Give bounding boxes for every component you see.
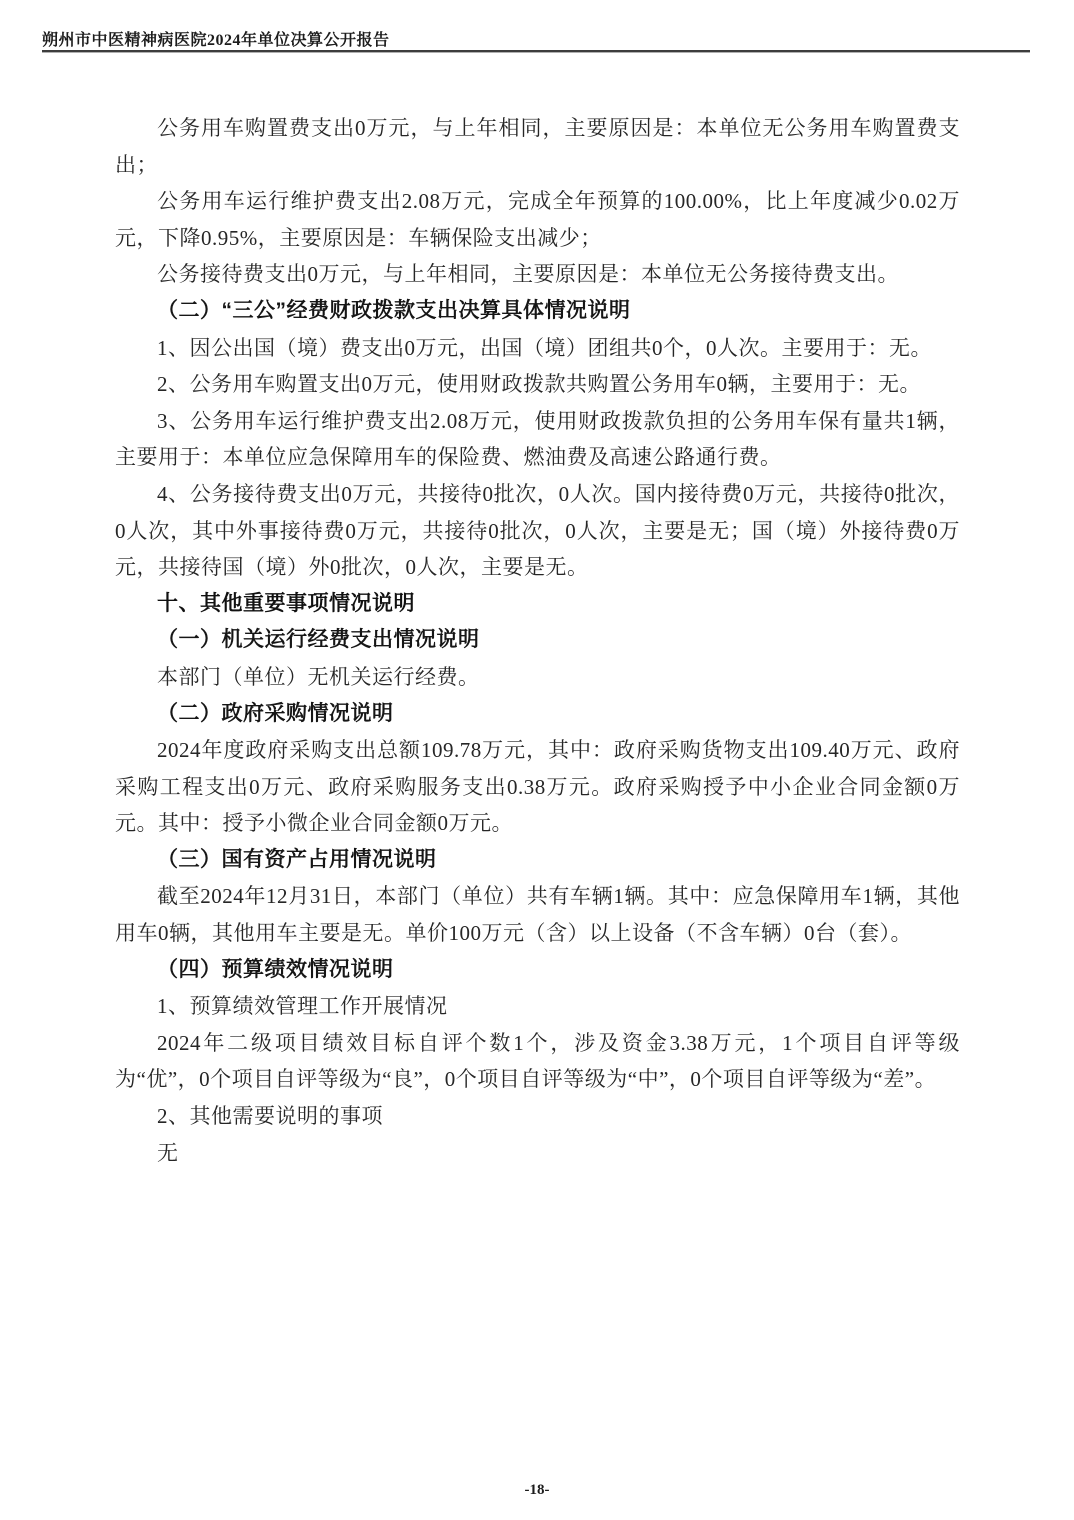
section-heading: （四）预算绩效情况说明 [115,952,960,989]
paragraph: 公务用车运行维护费支出2.08万元，完成全年预算的100.00%，比上年度减少0… [115,183,960,256]
page-header-title: 朔州市中医精神病医院2024年单位决算公开报告 [42,27,390,50]
document-body: 公务用车购置费支出0万元，与上年相同，主要原因是：本单位无公务用车购置费支出； … [115,110,960,1171]
section-heading: （一）机关运行经费支出情况说明 [115,622,960,659]
chapter-heading: 十、其他重要事项情况说明 [115,586,960,623]
paragraph: 2024年二级项目绩效目标自评个数1个，涉及资金3.38万元，1个项目自评等级为… [115,1025,960,1098]
paragraph: 公务接待费支出0万元，与上年相同，主要原因是：本单位无公务接待费支出。 [115,256,960,293]
paragraph: 2、其他需要说明的事项 [115,1098,960,1135]
paragraph: 1、预算绩效管理工作开展情况 [115,988,960,1025]
paragraph: 2、公务用车购置支出0万元，使用财政拨款共购置公务用车0辆，主要用于：无。 [115,366,960,403]
section-heading: （二）“三公”经费财政拨款支出决算具体情况说明 [115,293,960,330]
page-number: -18- [0,1482,1074,1499]
paragraph: 2024年度政府采购支出总额109.78万元，其中：政府采购货物支出109.40… [115,732,960,842]
paragraph: 公务用车购置费支出0万元，与上年相同，主要原因是：本单位无公务用车购置费支出； [115,110,960,183]
paragraph: 1、因公出国（境）费支出0万元，出国（境）团组共0个，0人次。主要用于：无。 [115,330,960,367]
paragraph: 本部门（单位）无机关运行经费。 [115,659,960,696]
section-heading: （三）国有资产占用情况说明 [115,842,960,879]
paragraph: 截至2024年12月31日，本部门（单位）共有车辆1辆。其中：应急保障用车1辆，… [115,878,960,951]
header-divider-line [42,50,1030,53]
section-heading: （二）政府采购情况说明 [115,696,960,733]
paragraph: 4、公务接待费支出0万元，共接待0批次，0人次。国内接待费0万元，共接待0批次，… [115,476,960,586]
paragraph: 无 [115,1135,960,1172]
document-page: 朔州市中医精神病医院2024年单位决算公开报告 公务用车购置费支出0万元，与上年… [0,0,1074,1520]
paragraph: 3、公务用车运行维护费支出2.08万元，使用财政拨款负担的公务用车保有量共1辆，… [115,403,960,476]
